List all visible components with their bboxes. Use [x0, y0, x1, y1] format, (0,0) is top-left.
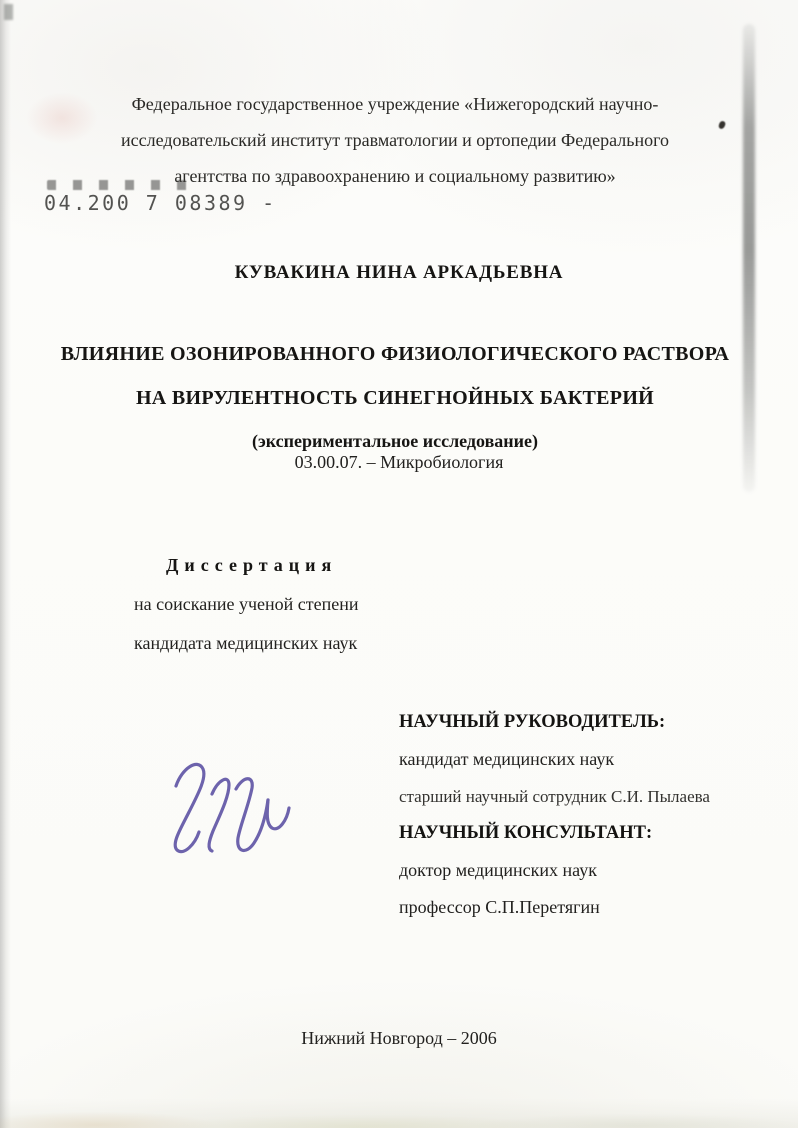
- institution-header: Федеральное государственное учреждение «…: [70, 86, 720, 194]
- stamp-overstrike-marks: [47, 180, 197, 190]
- supervisor-degree: кандидат медицинских наук: [399, 741, 710, 778]
- thesis-line-3: кандидата медицинских наук: [134, 624, 359, 663]
- thesis-statement: Диссертация на соискание ученой степени …: [134, 546, 359, 663]
- supervisor-heading: НАУЧНЫЙ РУКОВОДИТЕЛЬ:: [399, 704, 710, 741]
- advisors-block: НАУЧНЫЙ РУКОВОДИТЕЛЬ: кандидат медицинск…: [399, 704, 710, 926]
- author-name: КУВАКИНА НИНА АРКАДЬЕВНА: [0, 262, 798, 284]
- top-left-corner-mark: [4, 4, 13, 20]
- dissertation-title: ВЛИЯНИЕ ОЗОНИРОВАННОГО ФИЗИОЛОГИЧЕСКОГО …: [40, 332, 750, 462]
- signature-ink-icon: [148, 742, 304, 870]
- supervisor-name-line: старший научный сотрудник С.И. Пылаева: [399, 778, 710, 815]
- city-year-line: Нижний Новгород – 2006: [0, 1028, 798, 1049]
- accession-stamp: 04.200 7 08389 -: [44, 180, 277, 215]
- institution-line-1: Федеральное государственное учреждение «…: [70, 86, 720, 122]
- consultant-name-line: профессор С.П.Перетягин: [399, 889, 710, 926]
- stamp-number: 04.200 7 08389 -: [44, 191, 277, 215]
- bottom-edge-smudge: [0, 1098, 798, 1128]
- title-line-1: ВЛИЯНИЕ ОЗОНИРОВАННОГО ФИЗИОЛОГИЧЕСКОГО …: [40, 332, 750, 376]
- left-edge-scan-shadow: [0, 0, 11, 1128]
- specialty-code: 03.00.07. – Микробиология: [0, 452, 798, 473]
- handwritten-signature: [148, 742, 304, 870]
- institution-line-2: исследовательский институт травматологии…: [70, 122, 720, 158]
- thesis-type-label: Диссертация: [166, 546, 359, 585]
- consultant-degree: доктор медицинских наук: [399, 852, 710, 889]
- consultant-heading: НАУЧНЫЙ КОНСУЛЬТАНТ:: [399, 815, 710, 852]
- thesis-line-2: на соискание ученой степени: [134, 585, 359, 624]
- title-line-2: НА ВИРУЛЕНТНОСТЬ СИНЕГНОЙНЫХ БАКТЕРИЙ: [40, 376, 750, 420]
- scanned-title-page: Федеральное государственное учреждение «…: [0, 0, 798, 1128]
